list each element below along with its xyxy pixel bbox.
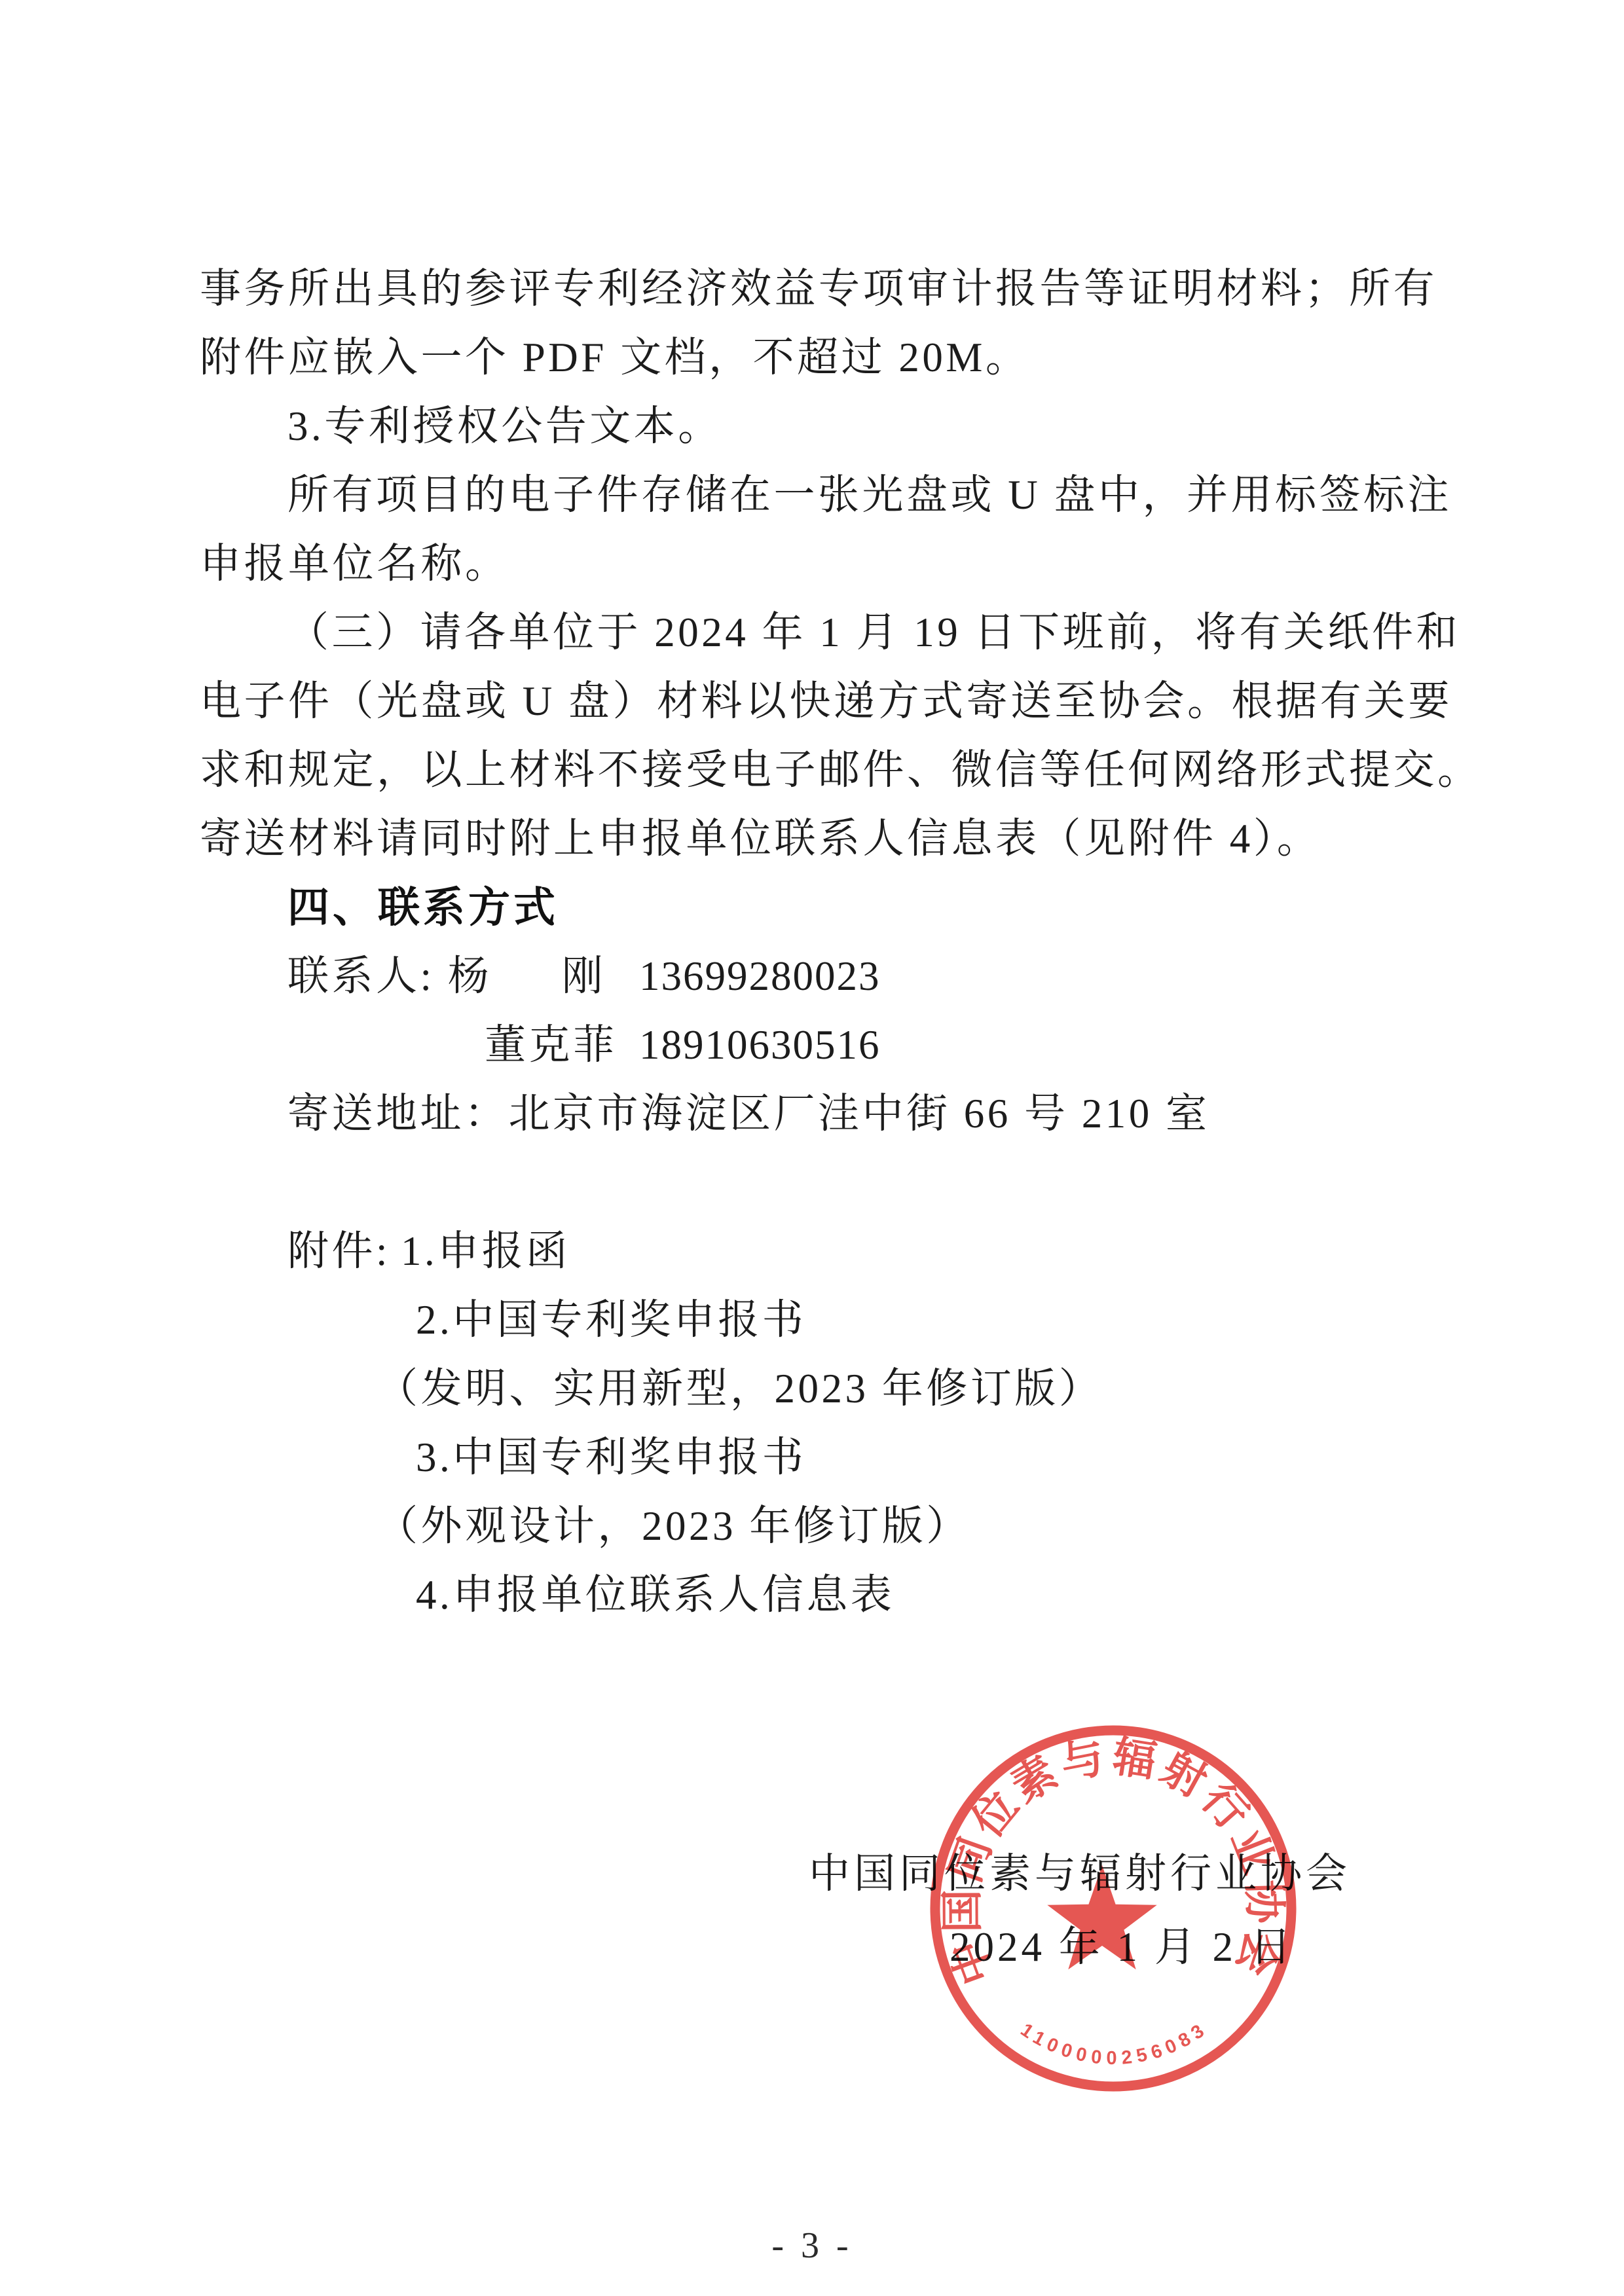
contact-person-1-phone: 13699280023 bbox=[639, 942, 881, 1011]
attachment-item: 1.申报函 bbox=[401, 1228, 570, 1274]
address-line: 寄送地址：北京市海淀区厂洼中街 66 号 210 室 bbox=[200, 1080, 1444, 1148]
attachment-item: 2.中国专利奖申报书 bbox=[200, 1286, 1444, 1355]
attachment-item-note: （发明、实用新型，2023 年修订版） bbox=[200, 1355, 1444, 1423]
contact-line-1: 联系人: 杨 刚13699280023 bbox=[200, 942, 1444, 1011]
signature-organization: 中国同位素与辐射行业协会 bbox=[809, 1840, 1351, 1908]
text-line: 所有项目的电子件存储在一张光盘或 U 盘中，并用标签标注 bbox=[200, 461, 1444, 530]
text-line: 申报单位名称。 bbox=[200, 530, 1444, 598]
attachment-item: 3.中国专利奖申报书 bbox=[200, 1423, 1444, 1492]
contact-person-1-name: 杨 刚 bbox=[448, 953, 619, 999]
attachment-item: 4.申报单位联系人信息表 bbox=[200, 1561, 1444, 1630]
document-page: 事务所出具的参评专利经济效益专项审计报告等证明材料；所有 附件应嵌入一个 PDF… bbox=[0, 0, 1624, 2296]
text-line: 附件应嵌入一个 PDF 文档，不超过 20M。 bbox=[200, 323, 1444, 392]
text-line: 事务所出具的参评专利经济效益专项审计报告等证明材料；所有 bbox=[200, 255, 1444, 323]
signature-date: 2024 年 1 月 2 日 bbox=[950, 1913, 1295, 1982]
attachments-label: 附件: bbox=[287, 1228, 390, 1274]
text-line: （三）请各单位于 2024 年 1 月 19 日下班前，将有关纸件和 bbox=[200, 598, 1444, 667]
address-label: 寄送地址： bbox=[287, 1091, 509, 1137]
contact-label: 联系人: bbox=[287, 953, 435, 999]
attachments-line-1: 附件:1.申报函 bbox=[200, 1217, 1444, 1286]
body-text: 事务所出具的参评专利经济效益专项审计报告等证明材料；所有 附件应嵌入一个 PDF… bbox=[200, 255, 1444, 1630]
seal-ring bbox=[935, 1730, 1291, 2086]
text-line: 寄送材料请同时附上申报单位联系人信息表（见附件 4）。 bbox=[200, 805, 1444, 873]
page-number: - 3 - bbox=[0, 2225, 1624, 2267]
contact-person-2-phone: 18910630516 bbox=[639, 1011, 881, 1080]
attachment-item-note: （外观设计，2023 年修订版） bbox=[200, 1492, 1444, 1561]
text-line: 3.专利授权公告文本。 bbox=[200, 392, 1444, 461]
contact-person-2-name: 董克菲 bbox=[485, 1022, 618, 1068]
official-seal-stamp: 中国同位素与辐射行业协会 1100000256083 bbox=[923, 1719, 1303, 2098]
text-line: 求和规定，以上材料不接受电子邮件、微信等任何网络形式提交。 bbox=[200, 736, 1444, 805]
seal-number: 1100000256083 bbox=[1017, 2018, 1213, 2069]
section-heading-contact: 四、联系方式 bbox=[200, 873, 1444, 942]
address-value: 北京市海淀区厂洼中街 66 号 210 室 bbox=[509, 1091, 1210, 1137]
svg-text:1100000256083: 1100000256083 bbox=[1017, 2018, 1213, 2069]
spacer bbox=[200, 1148, 1444, 1217]
text-line: 电子件（光盘或 U 盘）材料以快递方式寄送至协会。根据有关要 bbox=[200, 667, 1444, 736]
contact-line-2: 董克菲18910630516 bbox=[200, 1011, 1444, 1080]
